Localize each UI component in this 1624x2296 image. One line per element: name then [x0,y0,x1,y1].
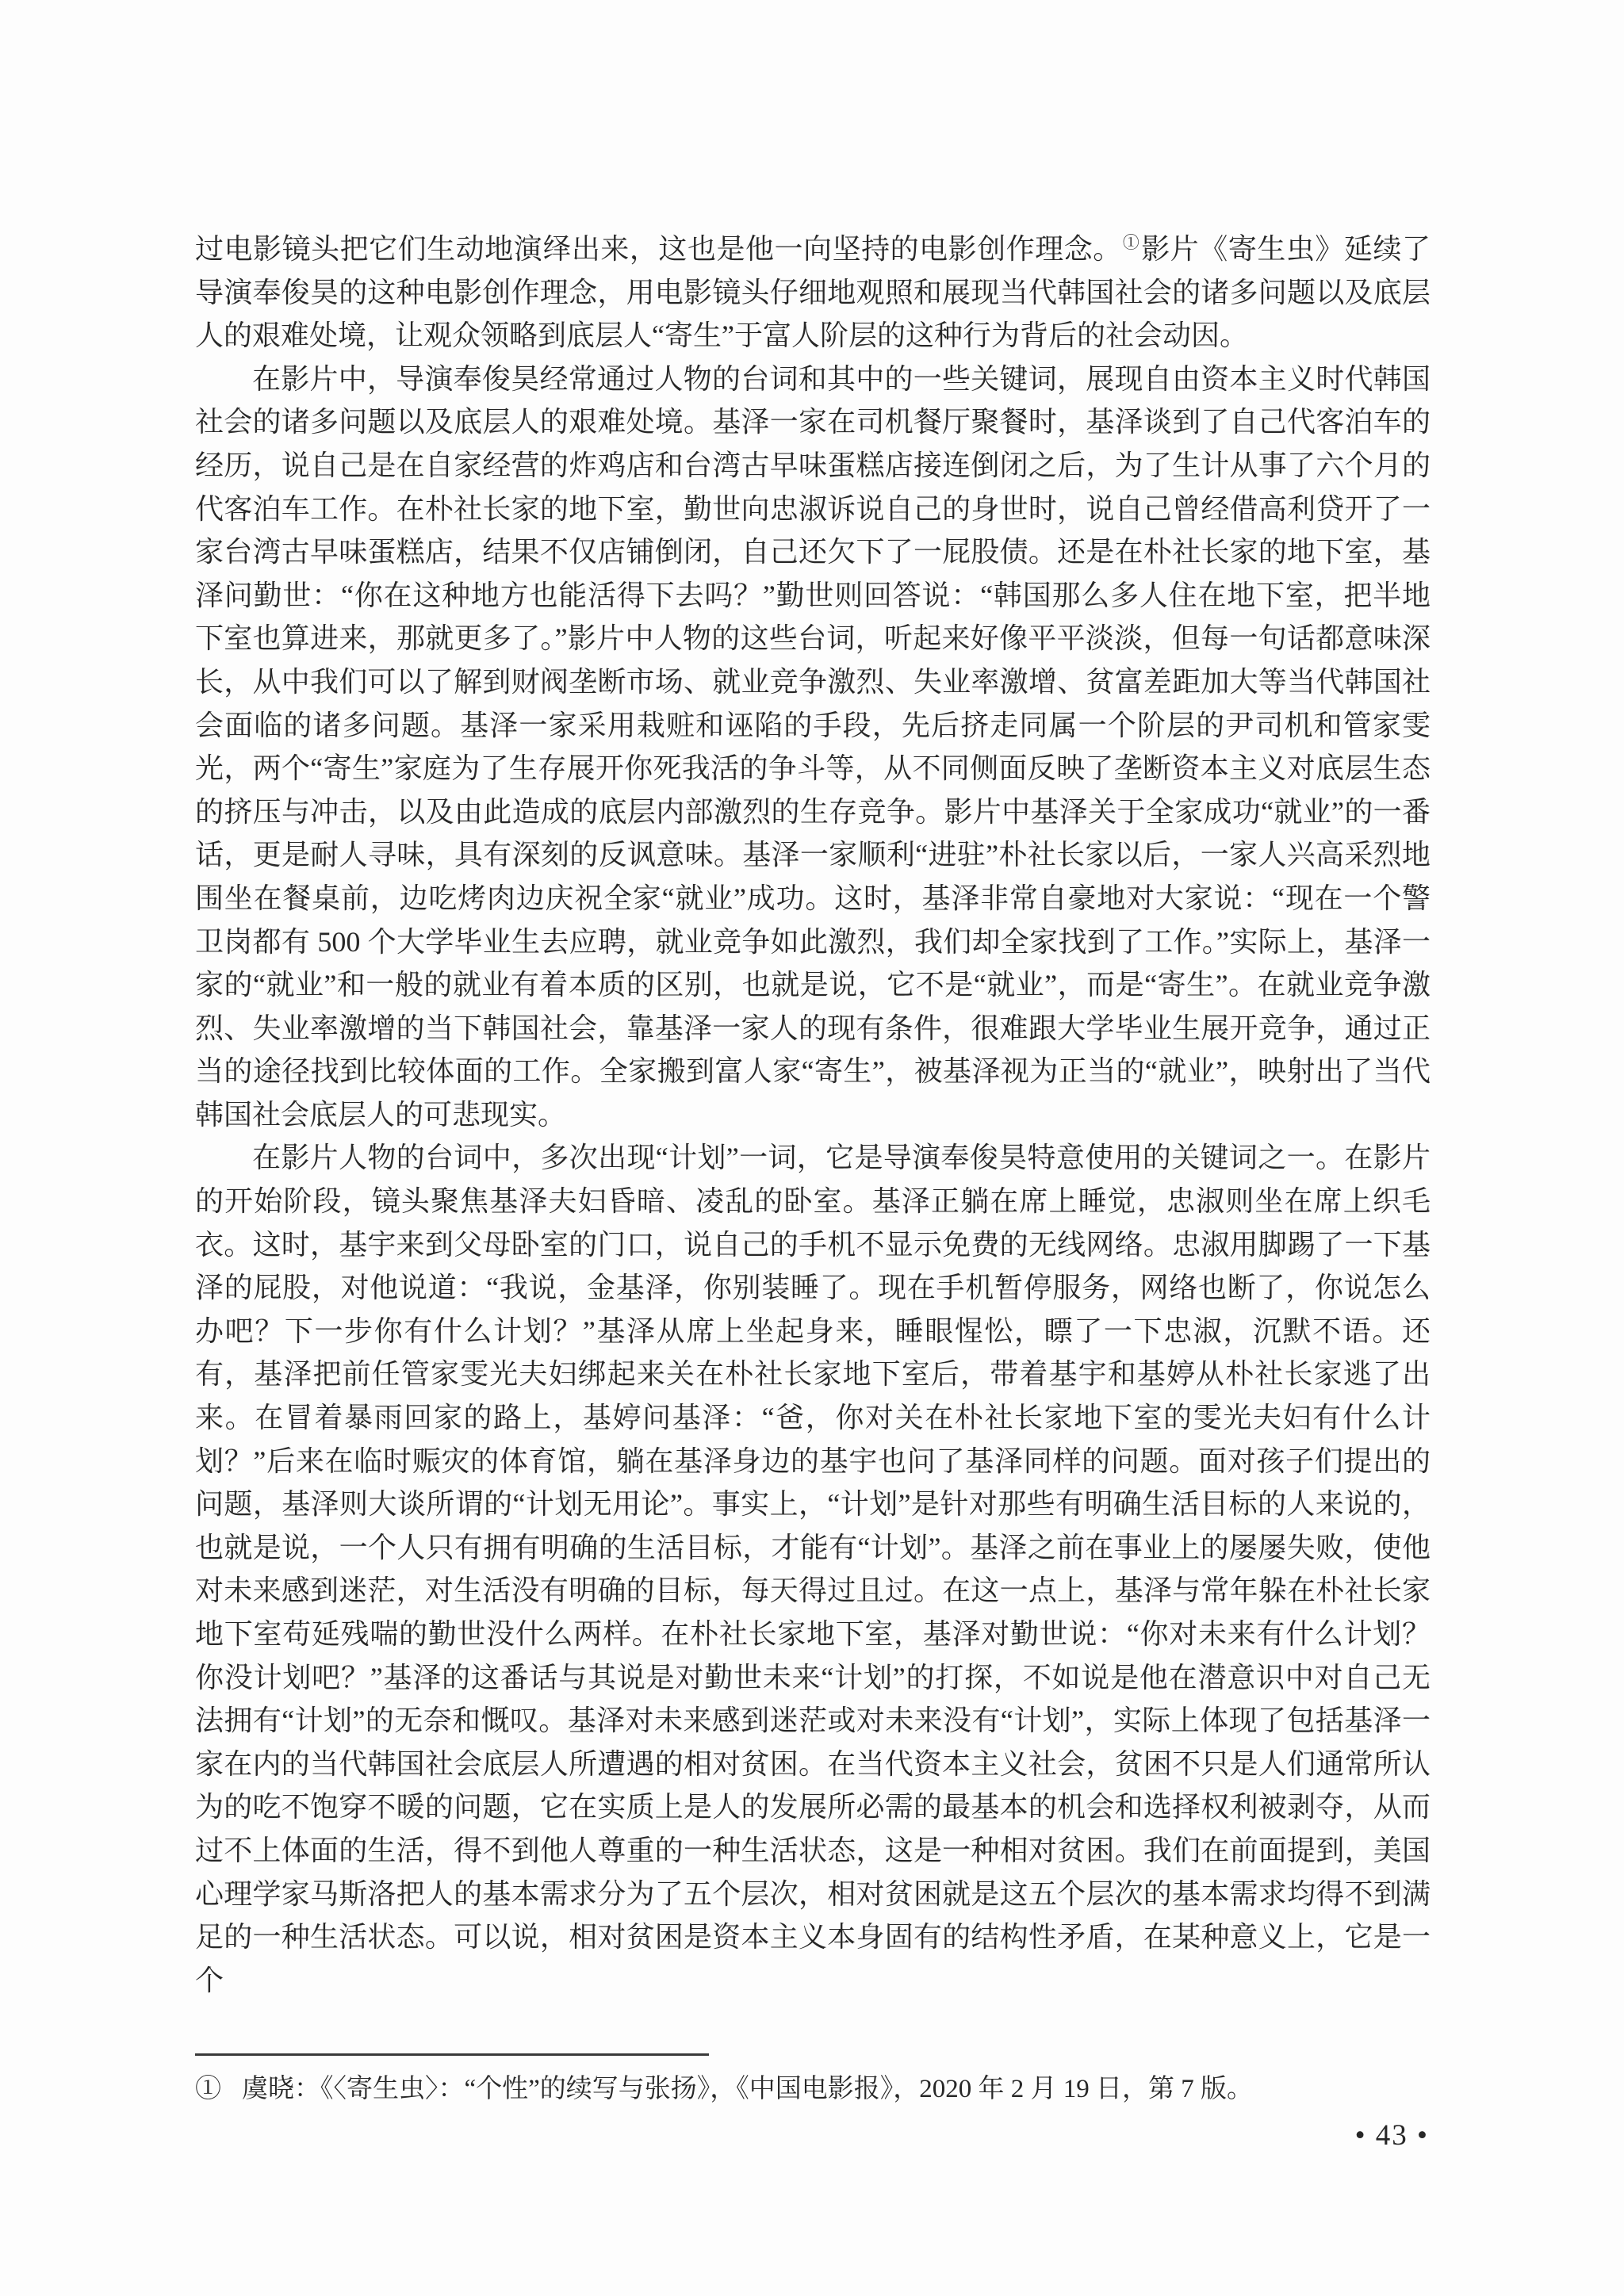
footnote-separator [195,2053,709,2056]
paragraph-text: 过电影镜头把它们生动地演绎出来，这也是他一向坚持的电影创作理念。 [195,233,1122,265]
paragraph-2: 在影片中，导演奉俊昊经常通过人物的台词和其中的一些关键词，展现自由资本主义时代韩… [195,358,1431,1137]
footnote: ①虞晓：《〈寄生虫〉：“个性”的续写与张扬》，《中国电影报》，2020 年 2 … [195,2071,1431,2107]
paragraph-3: 在影片人物的台词中，多次出现“计划”一词，它是导演奉俊昊特意使用的关键词之一。在… [195,1136,1431,2002]
paragraph-1: 过电影镜头把它们生动地演绎出来，这也是他一向坚持的电影创作理念。①影片《寄生虫》… [195,228,1431,358]
footnote-ref-marker: ① [1122,233,1141,252]
document-page: 过电影镜头把它们生动地演绎出来，这也是他一向坚持的电影创作理念。①影片《寄生虫》… [0,0,1624,2296]
paragraph-text: 在影片中，导演奉俊昊经常通过人物的台词和其中的一些关键词，展现自由资本主义时代韩… [195,363,1431,1131]
article-body: 过电影镜头把它们生动地演绎出来，这也是他一向坚持的电影创作理念。①影片《寄生虫》… [195,228,1431,2002]
paragraph-text: 在影片人物的台词中，多次出现“计划”一词，它是导演奉俊昊特意使用的关键词之一。在… [195,1142,1431,1996]
footnote-text: 虞晓：《〈寄生虫〉：“个性”的续写与张扬》，《中国电影报》，2020 年 2 月… [242,2075,1253,2103]
page-number: • 43 • [1355,2118,1429,2153]
footnote-marker: ① [195,2075,221,2103]
